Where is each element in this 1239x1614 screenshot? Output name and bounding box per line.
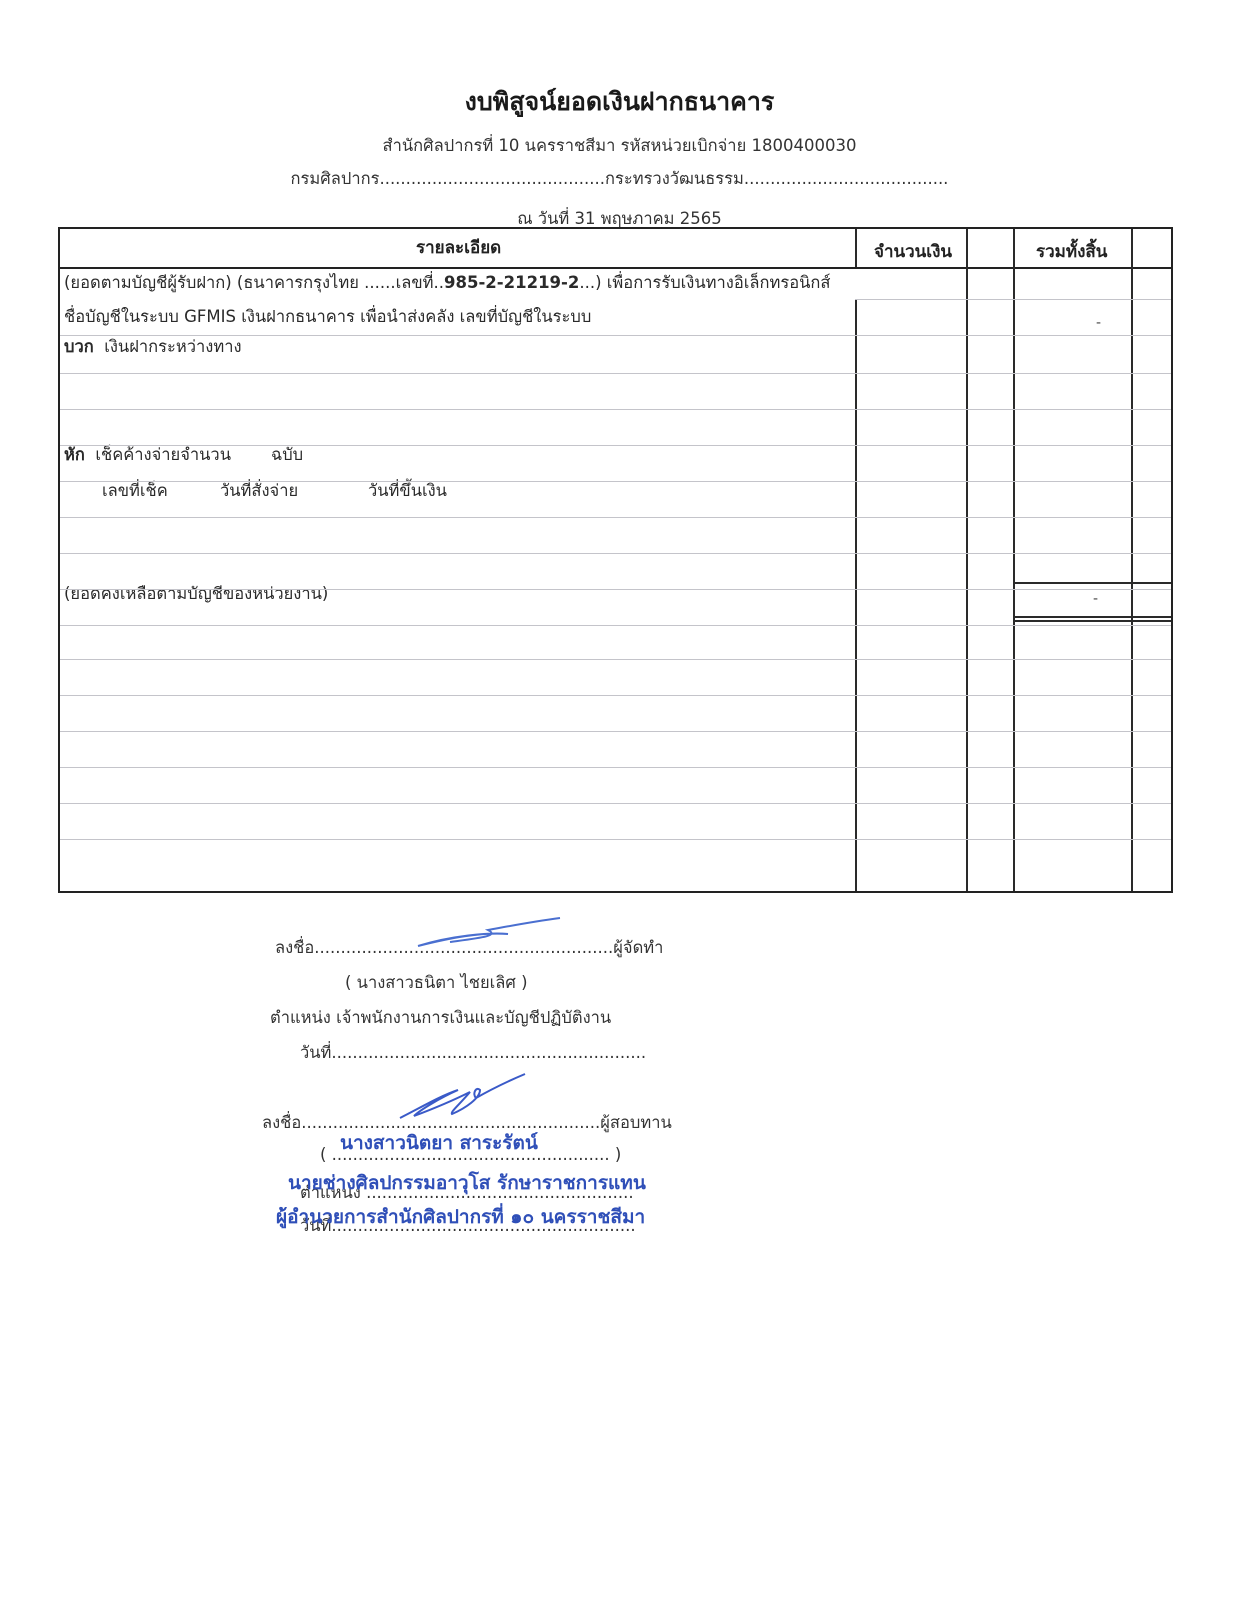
total-box-bottom	[1013, 616, 1171, 618]
ruling-line	[855, 299, 1171, 300]
bank-balance-prefix: (ยอดตามบัญชีผู้รับฝาก) (ธนาคารกรุงไทย ..…	[64, 273, 444, 292]
bank-balance-suffix: ...) เพื่อการรับเงินทางอิเล็กทรอนิกส์	[579, 273, 830, 292]
ruling-line	[60, 553, 1171, 554]
header-divider	[60, 267, 1171, 269]
ruling-line	[60, 589, 1171, 590]
ruling-line	[60, 625, 1171, 626]
account-number: 985-2-21219-2	[444, 273, 579, 292]
reviewer-stamp-position-1: นายช่างศิลปกรรมอาวุโส รักษาราชการแทน	[288, 1168, 646, 1198]
total-box-top	[1013, 582, 1171, 584]
col-divider-amount-header	[855, 229, 857, 267]
department-line: กรมศิลปากร..............................…	[0, 166, 1239, 192]
ruling-line	[60, 839, 1171, 840]
ruling-line	[60, 767, 1171, 768]
add-label: บวก	[64, 337, 94, 356]
col-divider-total-sub	[1131, 229, 1133, 891]
ruling-line	[60, 445, 1171, 446]
document-subtitle: สำนักศิลปากรที่ 10 นครราชสีมา รหัสหน่วยเ…	[0, 133, 1239, 159]
unit-balance-total-value: -	[1093, 591, 1098, 607]
bank-balance-line-2: ชื่อบัญชีในระบบ GFMIS เงินฝากธนาคาร เพื่…	[64, 304, 591, 330]
reviewer-stamp-name: นางสาวนิตยา สาระรัตน์	[340, 1128, 538, 1158]
ruling-line	[60, 695, 1171, 696]
deduct-unit: ฉบับ	[271, 445, 303, 464]
unit-balance-label: (ยอดคงเหลือตามบัญชีของหน่วยงาน)	[64, 581, 328, 607]
preparer-signature	[410, 912, 570, 952]
add-row: บวก เงินฝากระหว่างทาง	[64, 334, 242, 360]
preparer-name: ( นางสาวธนิตา ไชยเลิศ )	[345, 970, 528, 996]
preparer-date-line: วันที่..................................…	[300, 1040, 646, 1066]
ruling-line	[60, 517, 1171, 518]
bank-balance-line-1: (ยอดตามบัญชีผู้รับฝาก) (ธนาคารกรุงไทย ..…	[64, 270, 830, 296]
deduct-text: เช็คค้างจ่ายจำนวน	[95, 445, 231, 464]
bank-balance-total-value: -	[1096, 315, 1101, 331]
header-total: รวมทั้งสิ้น	[1036, 238, 1107, 265]
reconciliation-table: รายละเอียด จำนวนเงิน รวมทั้งสิ้น (ยอดตาม…	[58, 227, 1173, 893]
deduct-label: หัก	[64, 445, 85, 464]
ruling-line	[60, 373, 1171, 374]
reviewer-stamp-position-2: ผู้อำนวยการสำนักศิลปากรที่ ๑๐ นครราชสีมา	[276, 1202, 645, 1232]
ruling-line	[60, 803, 1171, 804]
ruling-line	[60, 481, 1171, 482]
ruling-line	[60, 335, 1171, 336]
total-box-double	[1013, 620, 1171, 622]
header-amount: จำนวนเงิน	[874, 238, 952, 265]
add-text: เงินฝากระหว่างทาง	[104, 337, 241, 356]
header-details: รายละเอียด	[416, 234, 501, 261]
ruling-line	[60, 409, 1171, 410]
document-title: งบพิสูจน์ยอดเงินฝากธนาคาร	[0, 82, 1239, 122]
ruling-line	[60, 659, 1171, 660]
col-divider-amount-sub	[966, 229, 968, 891]
ruling-line	[60, 731, 1171, 732]
preparer-position: ตำแหน่ง เจ้าพนักงานการเงินและบัญชีปฏิบัต…	[270, 1005, 611, 1031]
col-divider-total	[1013, 229, 1015, 891]
